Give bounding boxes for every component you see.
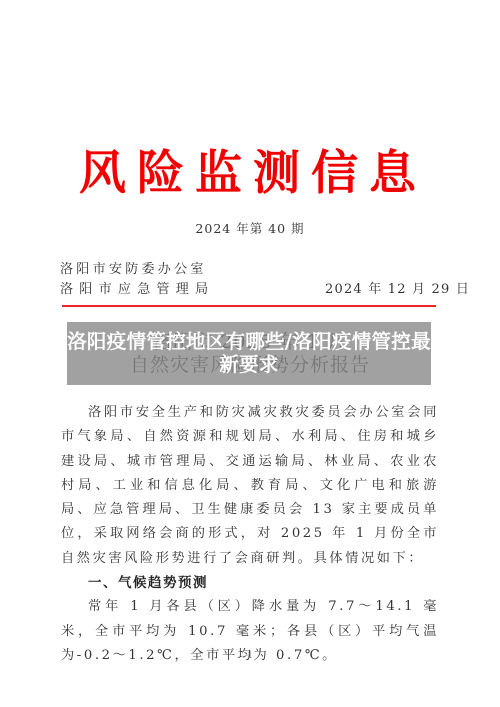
body-paragraph-intro: 洛阳市安全生产和防灾减灾救灾委员会办公室会同市气象局、自然资源和规划局、水利局、… (61, 401, 439, 571)
issuer-emergency-management-bureau: 洛阳市应急管理局 (60, 281, 214, 299)
issue-date: 2024 年 12 月 29 日 (325, 281, 470, 299)
report-body: 洛阳市安全生产和防灾减灾救灾委员会办公室会同市气象局、自然资源和规划局、水利局、… (61, 401, 439, 668)
red-divider-rule (62, 305, 436, 307)
issuer-safety-committee-office: 洛阳市安防委办公室 (60, 261, 207, 279)
section-heading-climate-forecast: 一、气候趋势预测 (61, 571, 439, 595)
masthead-title: 风险监测信息 (0, 146, 500, 202)
issue-number: 2024 年第 40 期 (0, 220, 500, 238)
page-number: 1 (0, 651, 500, 661)
overlay-article-title[interactable]: 洛阳疫情管控地区有哪些/洛阳疫情管控最新要求 (67, 322, 431, 385)
